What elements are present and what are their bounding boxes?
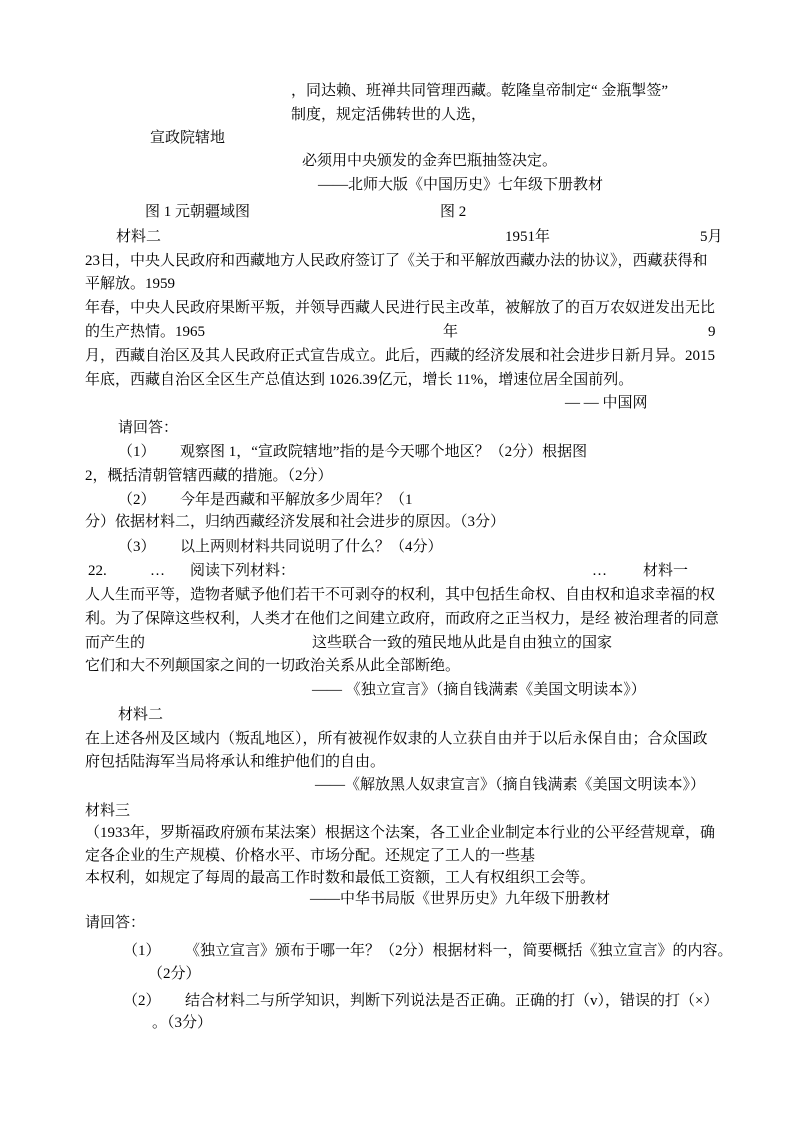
q21-material1-line3: 必须用中央颁发的金奔巴瓶抽签决定。 xyxy=(302,150,557,172)
q22-material1-line3a: 而产生的 xyxy=(85,632,145,654)
q21-material2-source: — — 中国网 xyxy=(565,392,648,414)
q22-sub1-continuation: （2分） xyxy=(148,963,201,985)
q21-sub2-continuation: 分）依据材料二，归纳西藏经济发展和社会进步的原因。（3分） xyxy=(85,511,505,533)
q22-sub2-number: （2） xyxy=(123,990,161,1012)
q21-material2-line4c: 9 xyxy=(708,321,716,343)
q21-material1-source: ——北师大版《中国历史》七年级下册教材 xyxy=(318,174,603,196)
q21-material2-line6: 年底，西藏自治区全区生产总值达到 1026.39亿元，增长 11%，增速位居全国… xyxy=(85,369,633,391)
q21-material2-month: 5月 xyxy=(700,226,723,248)
q22-material3-source: ——中华书局版《世界历史》九年级下册教材 xyxy=(310,888,610,910)
q21-material2-label: 材料二 xyxy=(116,226,161,248)
q22-number: 22. xyxy=(88,560,107,582)
q21-answer-prompt: 请回答： xyxy=(118,417,178,439)
q22-material1-label: 材料一 xyxy=(643,560,688,582)
q21-sub1-number: （1） xyxy=(118,441,156,463)
q22-material3-line2: 定各企业的生产规模、价格水平、市场分配。还规定了工人的一些基 xyxy=(85,845,535,867)
q22-sub1-number: （1） xyxy=(123,940,161,962)
q21-sub1-continuation: 2，概括清朝管辖西藏的措施。（2分） xyxy=(85,465,333,487)
q21-material2-line5: 月，西藏自治区及其人民政府正式宣告成立。此后，西藏的经济发展和社会进步日新月异。… xyxy=(85,345,715,367)
q21-material1-line2: 制度，规定活佛转世的人选， xyxy=(291,104,486,126)
q21-material2-line2: 平解放。1959 xyxy=(85,273,175,295)
q22-sub1-text: 《独立宣言》颁布于哪一年？（2分）根据材料一，简要概括《独立宣言》的内容。 xyxy=(185,940,733,962)
q22-material1-line1: 人人生而平等，造物者赋予他们若干不可剥夺的权利，其中包括生命权、自由权和追求幸福… xyxy=(85,584,715,606)
q21-sub3-text: 以上两则材料共同说明了什么？（4分） xyxy=(180,536,443,558)
q22-ellipsis-1: … xyxy=(150,560,165,582)
q21-material2-line4a: 的生产热情。1965 xyxy=(85,321,205,343)
q21-sub1-text: 观察图 1，“宣政院辖地”指的是今天哪个地区？（2分）根据图 xyxy=(180,441,587,463)
q22-material2-label: 材料二 xyxy=(118,704,163,726)
document-page: ，同达赖、班禅共同管理西藏。乾隆皇帝制定“ 金瓶掣签” 制度，规定活佛转世的人选… xyxy=(0,0,794,1122)
q21-material2-line4b: 年 xyxy=(443,321,458,343)
q22-material2-source: ——《解放黑人奴隶宣言》（摘自钱满素《美国文明读本》） xyxy=(315,774,705,796)
q22-heading: 阅读下列材料： xyxy=(190,560,295,582)
q22-sub2-continuation: 。（3分） xyxy=(152,1012,212,1034)
q22-material3-line3: 本权利，如规定了每周的最高工作时数和最低工资额，工人有权组织工会等。 xyxy=(85,867,595,889)
figure2-caption: 图 2 xyxy=(440,201,466,223)
q22-material3-label: 材料三 xyxy=(85,800,130,822)
q22-material2-line2: 府包括陆海军当局将承认和维护他们的自由。 xyxy=(85,751,385,773)
q22-material1-line3b: 这些联合一致的殖民地从此是自由独立的国家 xyxy=(312,632,612,654)
q22-material1-line4: 它们和大不列颠国家之间的一切政治关系从此全部断绝。 xyxy=(85,655,460,677)
q21-sub2-text: 今年是西藏和平解放多少周年？（1 xyxy=(180,489,413,511)
figure1-caption: 图 1 元朝疆域图 xyxy=(145,201,250,223)
q22-answer-prompt: 请回答： xyxy=(85,912,145,934)
q21-sub2-number: （2） xyxy=(118,489,156,511)
q22-sub2-text: 结合材料二与所学知识，判断下列说法是否正确。正确的打（v），错误的打（×） xyxy=(185,990,718,1012)
q21-material2-line3: 年春，中央人民政府果断平叛，并领导西藏人民进行民主改革，被解放了的百万农奴迸发出… xyxy=(85,297,715,319)
q21-material1-line1: ，同达赖、班禅共同管理西藏。乾隆皇帝制定“ 金瓶掣签” xyxy=(291,80,668,102)
q21-map-region-label: 宣政院辖地 xyxy=(150,127,225,149)
q21-material2-line1: 23日，中央人民政府和西藏地方人民政府签订了《关于和平解放西藏办法的协议》，西藏… xyxy=(85,250,708,272)
q21-material2-year: 1951年 xyxy=(505,226,550,248)
q21-sub3-number: （3） xyxy=(118,536,156,558)
q22-ellipsis-2: … xyxy=(592,560,607,582)
q22-material3-line1: （1933年，罗斯福政府颁布某法案）根据这个法案，各工业企业制定本行业的公平经营… xyxy=(85,822,715,844)
q22-material2-line1: 在上述各州及区域内（叛乱地区），所有被视作奴隶的人立获自由并于以后永保自由；合众… xyxy=(85,728,708,750)
q22-material1-line2: 利。为了保障这些权利，人类才在他们之间建立政府，而政府之正当权力，是经 被治理者… xyxy=(85,608,719,630)
q22-material1-source: —— 《独立宣言》（摘自钱满素《美国文明读本》） xyxy=(312,679,646,701)
